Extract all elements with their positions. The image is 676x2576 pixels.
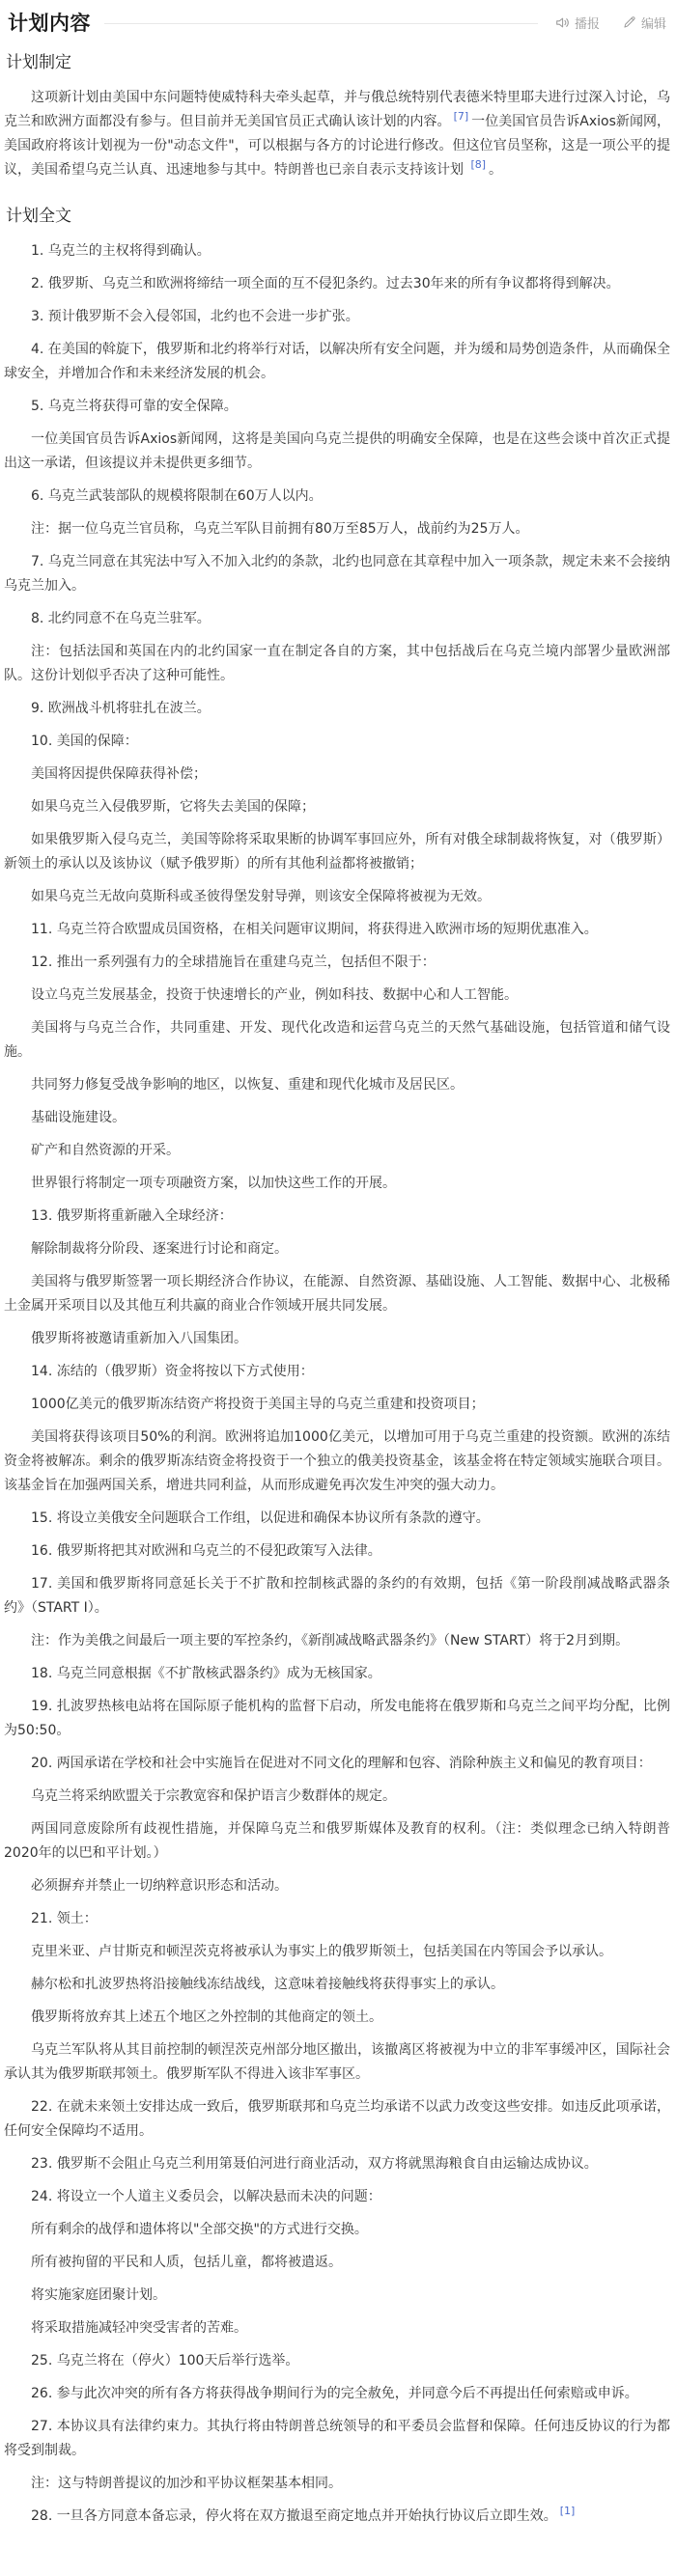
paragraph: 21. 领土： (4, 1907, 670, 1931)
text-run: 6. 乌克兰武装部队的规模将限制在60万人以内。 (31, 488, 323, 504)
text-run: 解除制裁将分阶段、逐案进行讨论和商定。 (31, 1241, 288, 1257)
text-run: 2. 俄罗斯、乌克兰和欧洲将缔结一项全面的互不侵犯条约。过去30年来的所有争议都… (31, 276, 620, 291)
text-run: 5. 乌克兰将获得可靠的安全保障。 (31, 399, 238, 414)
text-run: 22. 在就未来领土安排达成一致后，俄罗斯联邦和乌克兰均承诺不以武力改变这些安排… (4, 2099, 670, 2139)
paragraph: 6. 乌克兰武装部队的规模将限制在60万人以内。 (4, 485, 670, 509)
paragraph: 注：据一位乌克兰官员称，乌克兰军队目前拥有80万至85万人，战前约为25万人。 (4, 517, 670, 541)
pencil-icon (623, 15, 636, 29)
text-run: 世界银行将制定一项专项融资方案，以加快这些工作的开展。 (31, 1176, 396, 1191)
reference-link[interactable]: [8] (470, 158, 486, 171)
reference-link[interactable]: [7] (454, 110, 469, 123)
paragraph: 5. 乌克兰将获得可靠的安全保障。 (4, 395, 670, 419)
paragraph: 所有剩余的战俘和遗体将以"全部交换"的方式进行交换。 (4, 2218, 670, 2242)
text-run: 所有剩余的战俘和遗体将以"全部交换"的方式进行交换。 (31, 2222, 368, 2237)
paragraph: 如果乌克兰入侵俄罗斯，它将失去美国的保障； (4, 795, 670, 819)
paragraph: 这项新计划由美国中东问题特使威特科夫牵头起草，并与俄总统特别代表德米特里耶夫进行… (4, 86, 670, 182)
text-run: 1. 乌克兰的主权将得到确认。 (31, 243, 211, 259)
text-run: 将采取措施减轻冲突受害者的苦难。 (31, 2320, 247, 2336)
paragraph: 俄罗斯将放弃其上述五个地区之外控制的其他商定的领土。 (4, 2006, 670, 2030)
text-run: 13. 俄罗斯将重新融入全球经济： (31, 1208, 233, 1224)
paragraph: 11. 乌克兰符合欧盟成员国资格，在相关问题审议期间，将获得进入欧洲市场的短期优… (4, 918, 670, 942)
text-run: 克里米亚、卢甘斯克和顿涅茨克将被承认为事实上的俄罗斯领土，包括美国在内等国会予以… (31, 1944, 612, 1959)
paragraph: 27. 本协议具有法律约束力。其执行将由特朗普总统领导的和平委员会监督和保障。任… (4, 2415, 670, 2463)
section-heading: 计划制定 (6, 48, 670, 72)
text-run: 18. 乌克兰同意根据《不扩散核武器条约》成为无核国家。 (31, 1666, 381, 1681)
paragraph: 乌克兰军队将从其目前控制的顿涅茨克州部分地区撤出，该撤离区将被视为中立的非军事缓… (4, 2038, 670, 2087)
text-run: 17. 美国和俄罗斯将同意延长关于不扩散和控制核武器的条约的有效期，包括《第一阶… (4, 1576, 670, 1616)
paragraph: 美国将与乌克兰合作，共同重建、开发、现代化改造和运营乌克兰的天然气基础设施，包括… (4, 1016, 670, 1065)
paragraph: 3. 预计俄罗斯不会入侵邻国，北约也不会进一步扩张。 (4, 305, 670, 329)
text-run: 8. 北约同意不在乌克兰驻军。 (31, 611, 211, 626)
paragraph: 克里米亚、卢甘斯克和顿涅茨克将被承认为事实上的俄罗斯领土，包括美国在内等国会予以… (4, 1940, 670, 1964)
paragraph: 赫尔松和扎波罗热将沿接触线冻结战线，这意味着接触线将获得事实上的承认。 (4, 1973, 670, 1997)
text-run: 12. 推出一系列强有力的全球措施旨在重建乌克兰，包括但不限于： (31, 955, 436, 970)
paragraph: 注：包括法国和英国在内的北约国家一直在制定各自的方案，其中包括战后在乌克兰境内部… (4, 640, 670, 688)
text-run: 9. 欧洲战斗机将驻扎在波兰。 (31, 701, 211, 716)
speaker-icon (555, 15, 570, 30)
paragraph: 美国将与俄罗斯签署一项长期经济合作协议，在能源、自然资源、基础设施、人工智能、数… (4, 1270, 670, 1318)
text-run: 矿产和自然资源的开采。 (31, 1143, 180, 1158)
section-heading: 计划全文 (6, 202, 670, 226)
paragraph: 15. 将设立美俄安全问题联合工作组，以促进和确保本协议所有条款的遵守。 (4, 1507, 670, 1531)
text-run: 注：作为美俄之间最后一项主要的军控条约，《新削减战略武器条约》（New STAR… (31, 1633, 629, 1648)
text-run: 所有被拘留的平民和人质，包括儿童，都将被遣返。 (31, 2255, 342, 2270)
paragraph: 将实施家庭团聚计划。 (4, 2284, 670, 2308)
text-run: 27. 本协议具有法律约束力。其执行将由特朗普总统领导的和平委员会监督和保障。任… (4, 2419, 670, 2458)
text-run: 21. 领土： (31, 1911, 98, 1926)
text-run: 将实施家庭团聚计划。 (31, 2287, 166, 2303)
text-run: 两国同意废除所有歧视性措施，并保障乌克兰和俄罗斯媒体及教育的权利。（注：类似理念… (4, 1821, 670, 1861)
paragraph: 注：这与特朗普提议的加沙和平协议框架基本相同。 (4, 2472, 670, 2496)
text-run: 如果乌克兰无故向莫斯科或圣彼得堡发射导弹，则该安全保障将被视为无效。 (31, 889, 491, 904)
title-divider (104, 23, 538, 24)
text-run: 共同努力修复受战争影响的地区，以恢复、重建和现代化城市及居民区。 (31, 1077, 464, 1093)
paragraph: 14. 冻结的（俄罗斯）资金将按以下方式使用： (4, 1360, 670, 1384)
paragraph: 设立乌克兰发展基金，投资于快速增长的产业，例如科技、数据中心和人工智能。 (4, 983, 670, 1008)
paragraph: 俄罗斯将被邀请重新加入八国集团。 (4, 1327, 670, 1351)
paragraph: 9. 欧洲战斗机将驻扎在波兰。 (4, 697, 670, 721)
text-run: 赫尔松和扎波罗热将沿接触线冻结战线，这意味着接触线将获得事实上的承认。 (31, 1977, 504, 1992)
text-run: 必须摒弃并禁止一切纳粹意识形态和活动。 (31, 1878, 288, 1894)
text-run: 基础设施建设。 (31, 1110, 126, 1125)
text-run: 1000亿美元的俄罗斯冻结资产将投资于美国主导的乌克兰重建和投资项目； (31, 1397, 485, 1412)
paragraph: 4. 在美国的斡旋下，俄罗斯和北约将举行对话，以解决所有安全问题，并为缓和局势创… (4, 338, 670, 386)
toolbar: 播报 编辑 (555, 14, 668, 32)
paragraph: 1. 乌克兰的主权将得到确认。 (4, 239, 670, 263)
paragraph: 23. 俄罗斯不会阻止乌克兰利用第聂伯河进行商业活动，双方将就黑海粮食自由运输达… (4, 2152, 670, 2176)
text-run: 俄罗斯将被邀请重新加入八国集团。 (31, 1331, 247, 1346)
text-run: 乌克兰将采纳欧盟关于宗教宽容和保护语言少数群体的规定。 (31, 1788, 396, 1804)
paragraph: 2. 俄罗斯、乌克兰和欧洲将缔结一项全面的互不侵犯条约。过去30年来的所有争议都… (4, 272, 670, 296)
text-run: 15. 将设立美俄安全问题联合工作组，以促进和确保本协议所有条款的遵守。 (31, 1510, 490, 1526)
text-run: 10. 美国的保障： (31, 734, 138, 749)
paragraph: 22. 在就未来领土安排达成一致后，俄罗斯联邦和乌克兰均承诺不以武力改变这些安排… (4, 2095, 670, 2144)
edit-button[interactable]: 编辑 (623, 14, 666, 32)
paragraph: 13. 俄罗斯将重新融入全球经济： (4, 1205, 670, 1229)
listen-button[interactable]: 播报 (555, 14, 600, 32)
text-run: 25. 乌克兰将在（停火）100天后举行选举。 (31, 2353, 298, 2368)
text-run: 美国将与俄罗斯签署一项长期经济合作协议，在能源、自然资源、基础设施、人工智能、数… (4, 1274, 670, 1314)
paragraph: 如果乌克兰无故向莫斯科或圣彼得堡发射导弹，则该安全保障将被视为无效。 (4, 885, 670, 909)
paragraph: 12. 推出一系列强有力的全球措施旨在重建乌克兰，包括但不限于： (4, 951, 670, 975)
page-title: 计划内容 (8, 8, 91, 37)
text-run: 乌克兰军队将从其目前控制的顿涅茨克州部分地区撤出，该撤离区将被视为中立的非军事缓… (4, 2042, 670, 2082)
paragraph: 两国同意废除所有歧视性措施，并保障乌克兰和俄罗斯媒体及教育的权利。（注：类似理念… (4, 1817, 670, 1866)
paragraph: 如果俄罗斯入侵乌克兰，美国等除将采取果断的协调军事回应外，所有对俄全球制裁将恢复… (4, 828, 670, 876)
paragraph: 28. 一旦各方同意本备忘录，停火将在双方撤退至商定地点并开始执行协议后立即生效… (4, 2505, 670, 2529)
article-body: 计划制定这项新计划由美国中东问题特使威特科夫牵头起草，并与俄总统特别代表德米特里… (4, 48, 670, 2529)
paragraph: 24. 将设立一个人道主义委员会，以解决悬而未决的问题： (4, 2185, 670, 2209)
text-run: 24. 将设立一个人道主义委员会，以解决悬而未决的问题： (31, 2189, 381, 2204)
text-run: 20. 两国承诺在学校和社会中实施旨在促进对不同文化的理解和包容、消除种族主义和… (31, 1756, 652, 1771)
text-run: 注：包括法国和英国在内的北约国家一直在制定各自的方案，其中包括战后在乌克兰境内部… (4, 644, 670, 683)
paragraph: 7. 乌克兰同意在其宪法中写入不加入北约的条款，北约也同意在其章程中加入一项条款… (4, 550, 670, 598)
paragraph: 美国将因提供保障获得补偿； (4, 762, 670, 787)
paragraph: 20. 两国承诺在学校和社会中实施旨在促进对不同文化的理解和包容、消除种族主义和… (4, 1752, 670, 1776)
paragraph: 一位美国官员告诉Axios新闻网，这将是美国向乌克兰提供的明确安全保障，也是在这… (4, 428, 670, 476)
text-run: 注：据一位乌克兰官员称，乌克兰军队目前拥有80万至85万人，战前约为25万人。 (31, 521, 528, 537)
listen-label: 播报 (575, 14, 600, 32)
edit-label: 编辑 (641, 14, 666, 32)
paragraph: 19. 扎波罗热核电站将在国际原子能机构的监督下启动，所发电能将在俄罗斯和乌克兰… (4, 1695, 670, 1743)
text-run: 3. 预计俄罗斯不会入侵邻国，北约也不会进一步扩张。 (31, 309, 359, 324)
paragraph: 1000亿美元的俄罗斯冻结资产将投资于美国主导的乌克兰重建和投资项目； (4, 1393, 670, 1417)
text-run: 11. 乌克兰符合欧盟成员国资格，在相关问题审议期间，将获得进入欧洲市场的短期优… (31, 922, 598, 937)
reference-link[interactable]: [1] (560, 2505, 576, 2517)
text-run: 28. 一旦各方同意本备忘录，停火将在双方撤退至商定地点并开始执行协议后立即生效… (31, 2508, 557, 2524)
paragraph: 基础设施建设。 (4, 1106, 670, 1130)
text-run: 4. 在美国的斡旋下，俄罗斯和北约将举行对话，以解决所有安全问题，并为缓和局势创… (4, 342, 670, 381)
text-run: 注：这与特朗普提议的加沙和平协议框架基本相同。 (31, 2476, 342, 2491)
paragraph: 必须摒弃并禁止一切纳粹意识形态和活动。 (4, 1874, 670, 1898)
paragraph: 8. 北约同意不在乌克兰驻军。 (4, 607, 670, 631)
paragraph: 10. 美国的保障： (4, 730, 670, 754)
text-run: 美国将因提供保障获得补偿； (31, 766, 207, 782)
paragraph: 16. 俄罗斯将把其对欧洲和乌克兰的不侵犯政策写入法律。 (4, 1539, 670, 1564)
paragraph: 所有被拘留的平民和人质，包括儿童，都将被遣返。 (4, 2251, 670, 2275)
text-run: 俄罗斯将放弃其上述五个地区之外控制的其他商定的领土。 (31, 2009, 382, 2025)
text-run: 16. 俄罗斯将把其对欧洲和乌克兰的不侵犯政策写入法律。 (31, 1543, 381, 1559)
text-run: 美国将获得该项目50%的利润。欧洲将追加1000亿美元，以增加可用于乌克兰重建的… (4, 1429, 670, 1493)
article-header: 计划内容 播报 (8, 8, 668, 37)
text-run: 如果俄罗斯入侵乌克兰，美国等除将采取果断的协调军事回应外，所有对俄全球制裁将恢复… (4, 832, 670, 872)
text-run: 一位美国官员告诉Axios新闻网，这将是美国向乌克兰提供的明确安全保障，也是在这… (4, 431, 670, 471)
paragraph: 17. 美国和俄罗斯将同意延长关于不扩散和控制核武器的条约的有效期，包括《第一阶… (4, 1572, 670, 1620)
paragraph: 注：作为美俄之间最后一项主要的军控条约，《新削减战略武器条约》（New STAR… (4, 1629, 670, 1653)
paragraph: 解除制裁将分阶段、逐案进行讨论和商定。 (4, 1237, 670, 1261)
paragraph: 世界银行将制定一项专项融资方案，以加快这些工作的开展。 (4, 1172, 670, 1196)
text-run: 如果乌克兰入侵俄罗斯，它将失去美国的保障； (31, 799, 315, 815)
text-run: 19. 扎波罗热核电站将在国际原子能机构的监督下启动，所发电能将在俄罗斯和乌克兰… (4, 1699, 670, 1738)
text-run: 23. 俄罗斯不会阻止乌克兰利用第聂伯河进行商业活动，双方将就黑海粮食自由运输达… (31, 2156, 598, 2172)
paragraph: 18. 乌克兰同意根据《不扩散核武器条约》成为无核国家。 (4, 1662, 670, 1686)
text-run: 。 (489, 162, 502, 178)
paragraph: 共同努力修复受战争影响的地区，以恢复、重建和现代化城市及居民区。 (4, 1073, 670, 1097)
text-run: 7. 乌克兰同意在其宪法中写入不加入北约的条款，北约也同意在其章程中加入一项条款… (4, 554, 670, 594)
paragraph: 乌克兰将采纳欧盟关于宗教宽容和保护语言少数群体的规定。 (4, 1785, 670, 1809)
text-run: 设立乌克兰发展基金，投资于快速增长的产业，例如科技、数据中心和人工智能。 (31, 987, 518, 1003)
paragraph: 矿产和自然资源的开采。 (4, 1139, 670, 1163)
text-run: 美国将与乌克兰合作，共同重建、开发、现代化改造和运营乌克兰的天然气基础设施，包括… (4, 1020, 670, 1060)
article: 计划内容 播报 (0, 0, 676, 2576)
paragraph: 26. 参与此次冲突的所有各方将获得战争期间行为的完全赦免，并同意今后不再提出任… (4, 2382, 670, 2406)
text-run: 14. 冻结的（俄罗斯）资金将按以下方式使用： (31, 1364, 314, 1379)
paragraph: 美国将获得该项目50%的利润。欧洲将追加1000亿美元，以增加可用于乌克兰重建的… (4, 1426, 670, 1498)
paragraph: 25. 乌克兰将在（停火）100天后举行选举。 (4, 2349, 670, 2373)
text-run: 26. 参与此次冲突的所有各方将获得战争期间行为的完全赦免，并同意今后不再提出任… (31, 2386, 638, 2401)
